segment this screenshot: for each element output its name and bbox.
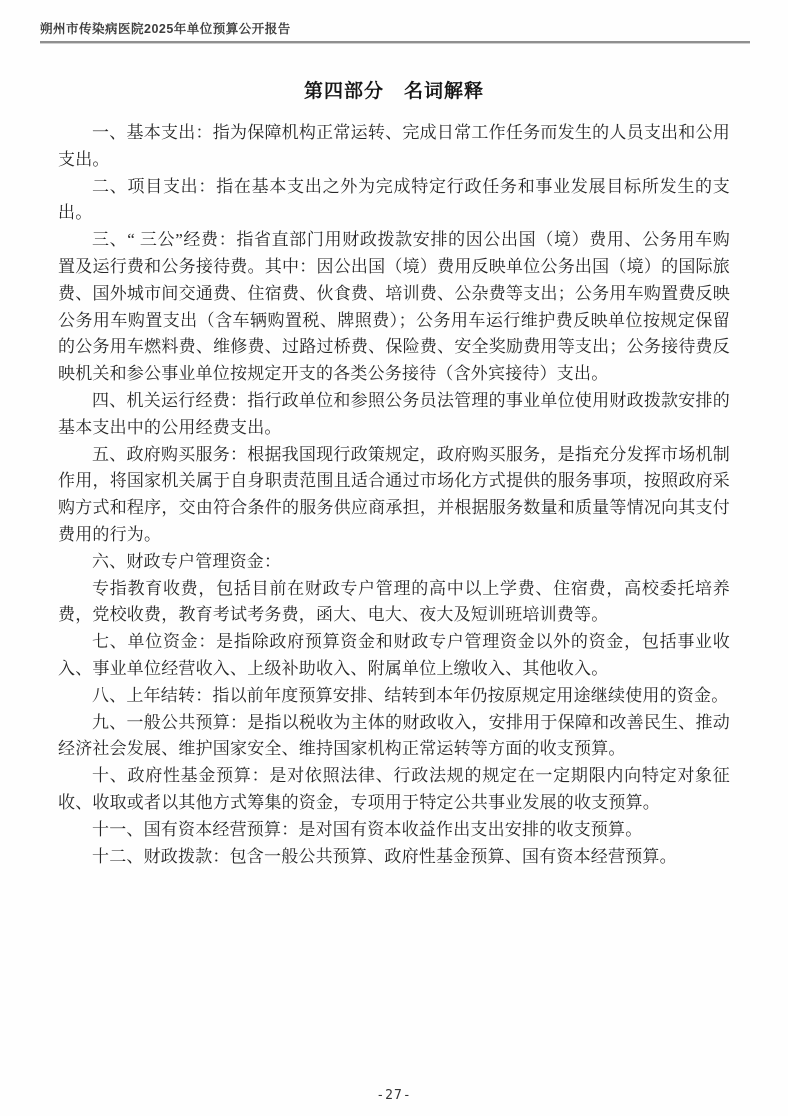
paragraph-government-fund-budget: 十、政府性基金预算：是对依照法律、行政法规的规定在一定期限内向特定对象征收、收取… [58, 763, 730, 817]
paragraph-fiscal-appropriation: 十二、财政拨款：包含一般公共预算、政府性基金预算、国有资本经营预算。 [58, 844, 730, 871]
paragraph-state-capital-budget: 十一、国有资本经营预算：是对国有资本收益作出支出安排的收支预算。 [58, 817, 730, 844]
document-body: 第四部分 名词解释 一、基本支出：指为保障机构正常运转、完成日常工作任务而发生的… [58, 76, 730, 870]
section-title: 第四部分 名词解释 [58, 76, 730, 103]
paragraph-unit-funds: 七、单位资金：是指除政府预算资金和财政专户管理资金以外的资金，包括事业收入、事业… [58, 629, 730, 683]
paragraph-agency-operating-funds: 四、机关运行经费：指行政单位和参照公务员法管理的事业单位使用财政拨款安排的基本支… [58, 388, 730, 442]
document-page: 朔州市传染病医院2025年单位预算公开报告 第四部分 名词解释 一、基本支出：指… [0, 0, 788, 1116]
paragraph-government-procurement: 五、政府购买服务：根据我国现行政策规定，政府购买服务，是指充分发挥市场机制作用，… [58, 442, 730, 549]
paragraph-basic-expenditure: 一、基本支出：指为保障机构正常运转、完成日常工作任务而发生的人员支出和公用支出。 [58, 120, 730, 174]
report-title: 朔州市传染病医院2025年单位预算公开报告 [40, 19, 750, 37]
paragraph-prior-year-carryover: 八、上年结转：指以前年度预算安排、结转到本年仍按原规定用途继续使用的资金。 [58, 683, 730, 710]
header-divider [40, 41, 750, 44]
paragraph-education-fees: 专指教育收费，包括目前在财政专户管理的高中以上学费、住宿费，高校委托培养费，党校… [58, 576, 730, 630]
paragraph-special-account-funds: 六、财政专户管理资金： [58, 549, 730, 576]
paragraph-project-expenditure: 二、项目支出：指在基本支出之外为完成特定行政任务和事业发展目标所发生的支出。 [58, 174, 730, 228]
page-header: 朔州市传染病医院2025年单位预算公开报告 [40, 19, 750, 44]
paragraph-general-public-budget: 九、一般公共预算：是指以税收为主体的财政收入，安排用于保障和改善民生、推动经济社… [58, 710, 730, 764]
page-number: -27- [0, 1088, 788, 1103]
paragraph-three-public-funds: 三、“ 三公”经费：指省直部门用财政拨款安排的因公出国（境）费用、公务用车购置及… [58, 227, 730, 388]
